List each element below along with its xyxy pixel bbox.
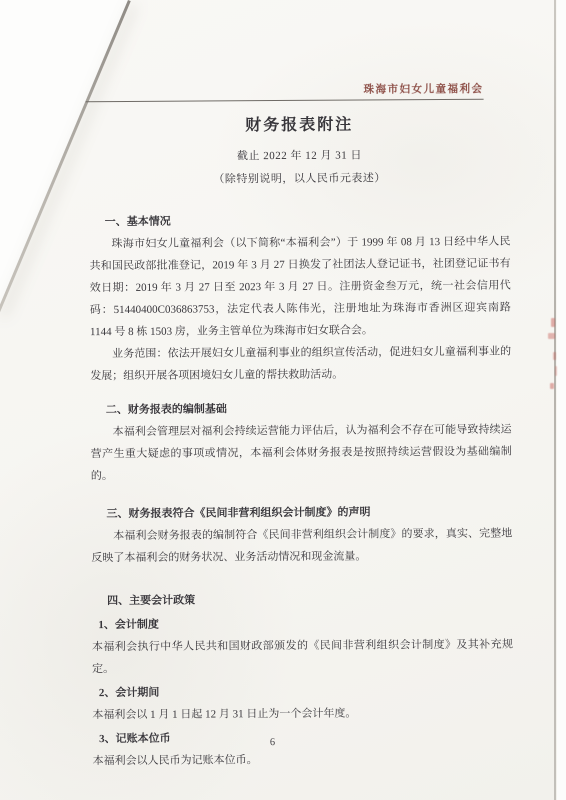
section-1-heading: 一、基本情况 xyxy=(89,209,510,234)
org-header-rule: 珠海市妇女儿童福利会 xyxy=(85,79,483,102)
section-4-heading: 四、主要会计政策 xyxy=(92,588,513,613)
section-4-sub-2-body: 本福利会以 1 月 1 日起 12 月 31 日止为一个会计年度。 xyxy=(92,702,513,727)
section-2-heading: 二、财务报表的编制基础 xyxy=(90,397,511,422)
section-4-sub-1-body: 本福利会执行中华人民共和国财政部颁发的《民间非营利组织会计制度》及其补充规定。 xyxy=(92,634,513,681)
section-2-paragraph-1: 本福利会管理层对福利会持续运营能力评估后，认为福利会不存在可能导致持续运营产生重… xyxy=(91,419,512,488)
org-name-stamp: 珠海市妇女儿童福利会 xyxy=(364,84,484,96)
doc-date-line: 截止 2022 年 12 月 31 日 xyxy=(89,146,510,165)
doc-title: 财务报表附注 xyxy=(89,111,510,137)
section-4-sub-3-body: 本福利会以人民币为记账本位币。 xyxy=(93,748,514,773)
section-3-heading: 三、财务报表符合《民间非营利组织会计制度》的声明 xyxy=(91,501,512,526)
scanned-page: 珠海市妇女儿童福利会 财务报表附注 截止 2022 年 12 月 31 日 （除… xyxy=(0,0,566,800)
section-4-sub-1-heading: 1、会计制度 xyxy=(92,612,513,637)
section-3-paragraph-1: 本福利会财务报表的编制符合《民间非营利组织会计制度》的要求，真实、完整地反映了本… xyxy=(91,523,512,570)
page-number: 6 xyxy=(93,736,453,749)
document-body: 一、基本情况 珠海市妇女儿童福利会（以下简称“本福利会”）于 1999 年 08… xyxy=(89,209,513,773)
section-1-paragraph-1: 珠海市妇女儿童福利会（以下简称“本福利会”）于 1999 年 08 月 13 日… xyxy=(89,231,511,344)
document-content: 珠海市妇女儿童福利会 财务报表附注 截止 2022 年 12 月 31 日 （除… xyxy=(0,0,566,800)
section-4-sub-2-heading: 2、会计期间 xyxy=(92,680,513,705)
doc-currency-note: （除特别说明，以人民币元表述） xyxy=(89,169,510,188)
section-1-paragraph-2: 业务范围：依法开展妇女儿童福利事业的组织宣传活动，促进妇女儿童福利事业的发展；组… xyxy=(90,341,511,388)
